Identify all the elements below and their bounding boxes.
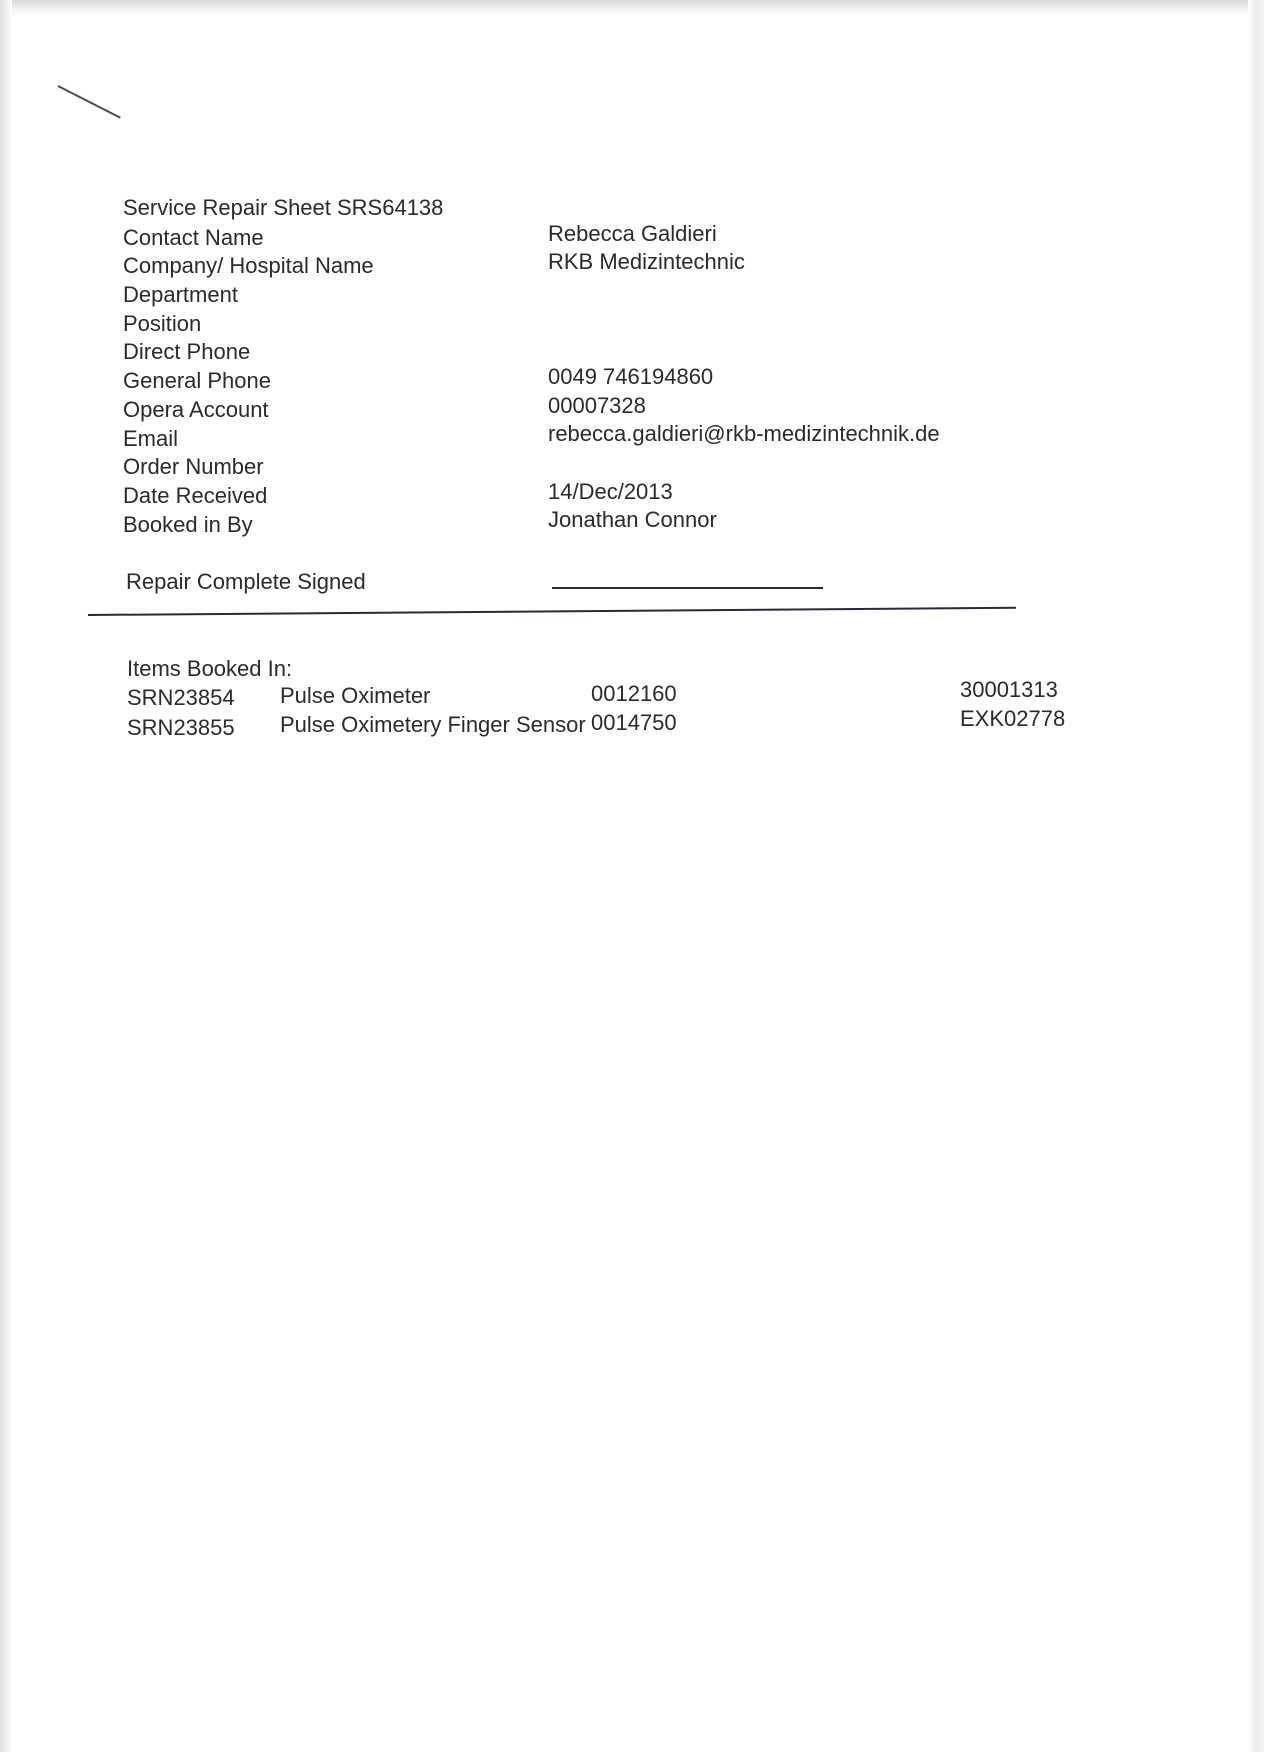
field-value-company: RKB Medizintechnic — [548, 248, 745, 276]
field-label-opera-account: Opera Account — [123, 396, 269, 424]
signature-line — [552, 587, 823, 589]
field-label-position: Position — [123, 310, 201, 338]
field-label-order-number: Order Number — [123, 453, 264, 481]
item-serial: 30001313 — [960, 676, 1058, 704]
field-label-email: Email — [123, 425, 178, 453]
item-description: Pulse Oximetery Finger Sensor — [280, 711, 598, 739]
document-title: Service Repair Sheet SRS64138 — [123, 194, 443, 222]
signature-label: Repair Complete Signed — [126, 568, 366, 596]
scan-edge-left — [0, 0, 12, 1752]
field-value-contact-name: Rebecca Galdieri — [548, 220, 717, 248]
scan-edge-top — [0, 0, 1264, 16]
item-serial: EXK02778 — [960, 705, 1065, 733]
field-label-date-received: Date Received — [123, 482, 267, 510]
item-ref: SRN23854 — [127, 684, 235, 712]
field-label-booked-in-by: Booked in By — [123, 511, 253, 539]
field-value-email: rebecca.galdieri@rkb-medizintechnik.de — [548, 420, 940, 448]
field-value-date-received: 14/Dec/2013 — [548, 478, 673, 506]
field-value-opera-account: 00007328 — [548, 392, 646, 420]
field-label-department: Department — [123, 281, 238, 309]
field-label-general-phone: General Phone — [123, 367, 271, 395]
item-ref: SRN23855 — [127, 714, 235, 742]
section-divider — [88, 607, 1016, 616]
pen-mark — [58, 85, 121, 119]
item-code: 0012160 — [591, 680, 677, 708]
field-value-booked-in-by: Jonathan Connor — [548, 506, 717, 534]
field-label-contact-name: Contact Name — [123, 224, 264, 252]
field-label-company: Company/ Hospital Name — [123, 252, 374, 280]
field-value-general-phone: 0049 746194860 — [548, 363, 713, 391]
item-code: 0014750 — [591, 709, 677, 737]
items-heading: Items Booked In: — [127, 655, 292, 683]
item-description: Pulse Oximeter — [280, 682, 430, 710]
scan-edge-right — [1248, 0, 1264, 1752]
field-label-direct-phone: Direct Phone — [123, 338, 250, 366]
